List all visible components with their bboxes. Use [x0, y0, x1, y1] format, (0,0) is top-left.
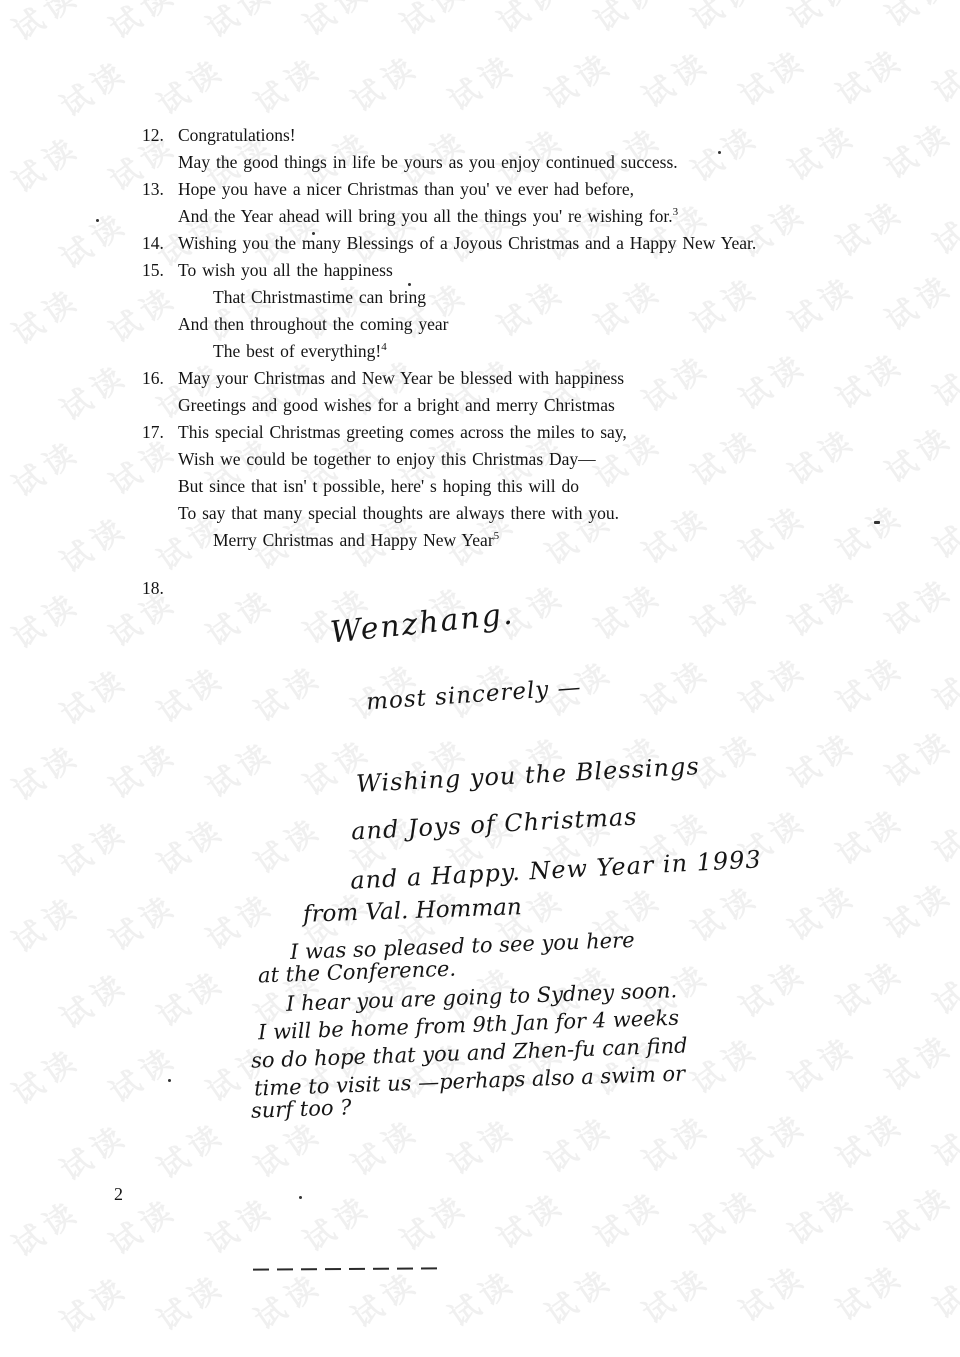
- scan-speck: [168, 1079, 171, 1082]
- watermark-text: 试读: [2, 0, 88, 49]
- watermark-text: 试读: [826, 795, 912, 873]
- list-item-15-line3: And then throughout the coming year: [142, 311, 842, 338]
- watermark-text: 试读: [875, 717, 960, 795]
- watermark-text: 试读: [923, 33, 960, 111]
- watermark-text: 试读: [2, 883, 88, 961]
- watermark-text: 试读: [341, 1106, 427, 1184]
- watermark-text: 试读: [778, 1175, 864, 1253]
- watermark-text: 试读: [2, 579, 88, 657]
- watermark-text: 试读: [535, 1103, 621, 1181]
- watermark-text: 试读: [99, 0, 185, 47]
- list-item-17-line4: To say that many special thoughts are al…: [142, 500, 842, 527]
- watermark-text: 试读: [778, 871, 864, 949]
- watermark-text: 试读: [875, 109, 960, 187]
- watermark-text: 试读: [50, 1263, 136, 1341]
- list-item-17-line3: But since that isn' t possible, here' s …: [142, 473, 842, 500]
- watermark-text: 试读: [923, 1249, 960, 1327]
- watermark-text: 试读: [584, 0, 670, 40]
- watermark-text: 试读: [147, 1109, 233, 1187]
- watermark-text: 试读: [729, 1252, 815, 1330]
- watermark-text: 试读: [632, 38, 718, 116]
- watermark-text: 试读: [778, 719, 864, 797]
- watermark-text: 试读: [50, 959, 136, 1037]
- watermark-text: 试读: [196, 728, 282, 806]
- watermark-text: 试读: [584, 1178, 670, 1256]
- watermark-text: 试读: [50, 47, 136, 125]
- watermark-text: 试读: [632, 1254, 718, 1332]
- list-item-12-line2: May the good things in life be yours as …: [142, 149, 842, 176]
- watermark-text: 试读: [875, 1173, 960, 1251]
- page-number: 2: [114, 1184, 123, 1205]
- watermark-text: 试读: [147, 1261, 233, 1339]
- watermark-text: 试读: [681, 1176, 767, 1254]
- watermark-text: 试读: [826, 947, 912, 1025]
- watermark-text: 试读: [875, 1021, 960, 1099]
- watermark-text: 试读: [99, 729, 185, 807]
- list-item-16: 16.May your Christmas and New Year be bl…: [142, 365, 842, 392]
- scanned-page: { "watermark": { "text": "试读" }, "printe…: [0, 0, 960, 1357]
- watermark-text: 试读: [390, 1181, 476, 1259]
- watermark-text: 试读: [923, 1097, 960, 1175]
- watermark-text: 试读: [438, 1257, 524, 1335]
- watermark-text: 试读: [875, 413, 960, 491]
- footnote-ref-4: 4: [381, 341, 387, 353]
- watermark-text: 试读: [50, 199, 136, 277]
- watermark-text: 试读: [2, 1035, 88, 1113]
- footnote-ref-5: 5: [494, 530, 500, 542]
- watermark-text: 试读: [875, 0, 960, 35]
- watermark-text: 试读: [535, 1255, 621, 1333]
- watermark-text: 试读: [196, 1184, 282, 1262]
- scan-speck: [96, 219, 99, 222]
- watermark-text: 试读: [50, 655, 136, 733]
- watermark-text: 试读: [147, 653, 233, 731]
- watermark-text: 试读: [341, 42, 427, 120]
- watermark-text: 试读: [293, 0, 379, 44]
- watermark-text: 试读: [826, 35, 912, 113]
- watermark-text: 试读: [923, 793, 960, 871]
- watermark-text: 试读: [50, 807, 136, 885]
- item-text: Congratulations!: [178, 125, 296, 145]
- watermark-text: 试读: [826, 1099, 912, 1177]
- watermark-text: 试读: [778, 0, 864, 37]
- watermark-text: 试读: [729, 948, 815, 1026]
- watermark-text: 试读: [778, 1023, 864, 1101]
- watermark-text: 试读: [681, 872, 767, 950]
- watermark-text: 试读: [826, 1251, 912, 1329]
- scan-speck: [408, 283, 411, 286]
- watermark-text: 试读: [244, 804, 330, 882]
- watermark-text: 试读: [99, 1185, 185, 1263]
- list-item-13: 13.Hope you have a nicer Christmas than …: [142, 176, 842, 203]
- watermark-text: 试读: [875, 869, 960, 947]
- list-item-15-line2: That Christmastime can bring: [142, 284, 842, 311]
- watermark-text: 试读: [923, 185, 960, 263]
- scan-speck: [874, 521, 880, 524]
- watermark-text: 试读: [875, 261, 960, 339]
- watermark-text: 试读: [2, 123, 88, 201]
- handwritten-note-line-8: surf too ?: [251, 1095, 352, 1122]
- watermark-text: 试读: [487, 1179, 573, 1257]
- scan-speck: [299, 1196, 302, 1199]
- watermark-text: 试读: [681, 0, 767, 38]
- item-number: 12.: [142, 122, 178, 149]
- watermark-text: 试读: [729, 1100, 815, 1178]
- list-item-17-line5: Merry Christmas and Happy New Year5: [142, 527, 842, 554]
- watermark-text: 试读: [438, 1105, 524, 1183]
- scan-speck: [718, 151, 721, 154]
- watermark-text: 试读: [147, 45, 233, 123]
- watermark-text: 试读: [875, 565, 960, 643]
- watermark-text: 试读: [2, 427, 88, 505]
- list-item-15-line4: The best of everything!4: [142, 338, 842, 365]
- watermark-text: 试读: [487, 0, 573, 41]
- watermark-text: 试读: [147, 805, 233, 883]
- watermark-text: 试读: [632, 1102, 718, 1180]
- list-item-12: 12.Congratulations!: [142, 122, 842, 149]
- watermark-text: 试读: [632, 646, 718, 724]
- watermark-text: 试读: [50, 503, 136, 581]
- watermark-text: 试读: [681, 1024, 767, 1102]
- watermark-text: 试读: [2, 275, 88, 353]
- scan-speck: [312, 232, 315, 235]
- printed-list: 12.Congratulations! May the good things …: [142, 122, 842, 602]
- watermark-text: 试读: [826, 643, 912, 721]
- watermark-text: 试读: [923, 489, 960, 567]
- watermark-text: 试读: [923, 641, 960, 719]
- watermark-text: 试读: [390, 0, 476, 43]
- watermark-text: 试读: [923, 945, 960, 1023]
- list-item-14: 14.Wishing you the many Blessings of a J…: [142, 230, 842, 257]
- watermark-text: 试读: [438, 41, 524, 119]
- watermark-text: 试读: [923, 337, 960, 415]
- watermark-text: 试读: [99, 1033, 185, 1111]
- list-item-15: 15.To wish you all the happiness: [142, 257, 842, 284]
- watermark-text: 试读: [50, 1111, 136, 1189]
- list-item-17-line2: Wish we could be together to enjoy this …: [142, 446, 842, 473]
- watermark-text: 试读: [147, 957, 233, 1035]
- watermark-text: 试读: [99, 881, 185, 959]
- watermark-text: 试读: [196, 880, 282, 958]
- watermark-text: 试读: [196, 0, 282, 46]
- watermark-text: 试读: [2, 731, 88, 809]
- watermark-text: 试读: [535, 39, 621, 117]
- watermark-text: 试读: [244, 44, 330, 122]
- list-item-17: 17.This special Christmas greeting comes…: [142, 419, 842, 446]
- watermark-text: 试读: [729, 36, 815, 114]
- watermark-text: 试读: [244, 1260, 330, 1338]
- watermark-text: 试读: [729, 644, 815, 722]
- watermark-text: 试读: [50, 351, 136, 429]
- footnote-ref-3: 3: [673, 206, 679, 218]
- list-item-13-line2: And the Year ahead will bring you all th…: [142, 203, 842, 230]
- watermark-text: 试读: [293, 1182, 379, 1260]
- watermark-text: 试读: [2, 1187, 88, 1265]
- list-item-16-line2: Greetings and good wishes for a bright a…: [142, 392, 842, 419]
- watermark-text: 试读: [244, 652, 330, 730]
